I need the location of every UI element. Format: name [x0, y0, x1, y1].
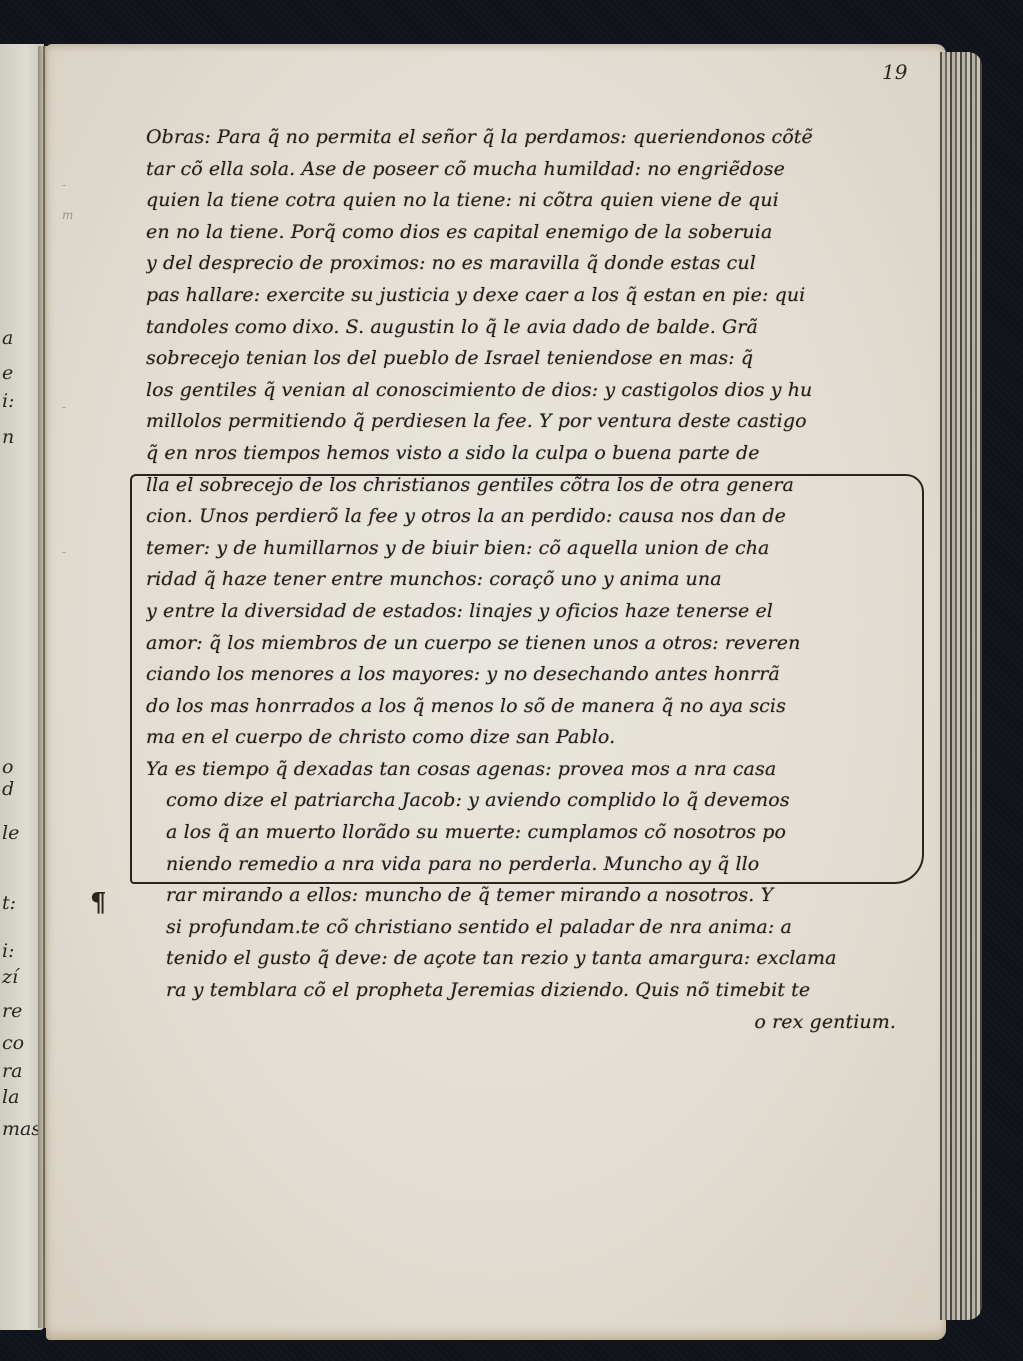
- left-page-fragment: re: [2, 1000, 22, 1022]
- left-page-fragment: o: [2, 756, 13, 778]
- text-line: Ya es tiempo q̃ dexadas tan cosas agenas…: [146, 754, 916, 786]
- text-line: ciando los menores a los mayores: y no d…: [146, 659, 916, 691]
- left-page-fragment: t:: [2, 892, 16, 914]
- text-line: tandoles como dixo. S. augustin lo q̃ le…: [146, 312, 916, 344]
- left-page-fragment: a: [2, 327, 13, 349]
- page-edges: [940, 52, 982, 1320]
- text-line: y del desprecio de proximos: no es marav…: [146, 248, 916, 280]
- text-line: si profundam.te cõ christiano sentido el…: [146, 912, 916, 944]
- text-line: tenido el gusto q̃ deve: de açote tan re…: [146, 943, 916, 975]
- left-page-fragment: mas: [2, 1118, 41, 1140]
- left-page-fragment: la: [2, 1086, 19, 1108]
- left-page-fragment: e: [2, 362, 13, 384]
- text-line: ridad q̃ haze tener entre munchos: coraç…: [146, 564, 916, 596]
- left-page-fragment: n: [2, 426, 14, 448]
- text-line: en no la tiene. Porq̃ como dios es capit…: [146, 217, 916, 249]
- paragraph-mark: ¶: [90, 888, 107, 918]
- text-line: Obras: Para q̃ no permita el señor q̃ la…: [146, 122, 916, 154]
- margin-mark: -: [62, 545, 66, 559]
- margin-mark: -: [62, 178, 66, 192]
- left-page-fragment: d: [2, 778, 14, 800]
- text-line: lla el sobrecejo de los christianos gent…: [146, 470, 916, 502]
- text-line: sobrecejo tenian los del pueblo de Israe…: [146, 343, 916, 375]
- text-line: ra y temblara cõ el propheta Jeremias di…: [146, 975, 916, 1007]
- text-line: tar cõ ella sola. Ase de poseer cõ mucha…: [146, 154, 916, 186]
- left-page-fragment: ra: [2, 1060, 22, 1082]
- left-page-fragment: zí: [2, 966, 18, 988]
- text-line: do los mas honrrados a los q̃ menos lo s…: [146, 691, 916, 723]
- text-line: q̃ en nros tiempos hemos visto a sido la…: [146, 438, 916, 470]
- margin-mark: m: [62, 208, 73, 222]
- text-line: quien la tiene cotra quien no la tiene: …: [146, 185, 916, 217]
- manuscript-text: Obras: Para q̃ no permita el señor q̃ la…: [146, 122, 916, 1038]
- text-line: cion. Unos perdierõ la fee y otros la an…: [146, 501, 916, 533]
- text-line: como dize el patriarcha Jacob: y aviendo…: [146, 785, 916, 817]
- text-line: ma en el cuerpo de christo como dize san…: [146, 722, 916, 754]
- text-line: y entre la diversidad de estados: linaje…: [146, 596, 916, 628]
- folio-number: 19: [882, 60, 907, 84]
- text-line: temer: y de humillarnos y de biuir bien:…: [146, 533, 916, 565]
- text-line: rar mirando a ellos: muncho de q̃ temer …: [146, 880, 916, 912]
- text-line: los gentiles q̃ venian al conoscimiento …: [146, 375, 916, 407]
- text-line: pas hallare: exercite su justicia y dexe…: [146, 280, 916, 312]
- text-line: amor: q̃ los miembros de un cuerpo se ti…: [146, 628, 916, 660]
- left-page-fragment: co: [2, 1032, 24, 1054]
- left-page-fragment: i:: [2, 390, 14, 412]
- text-line: o rex gentium.: [146, 1007, 916, 1039]
- margin-mark: -: [62, 400, 66, 414]
- text-line: a los q̃ an muerto llorãdo su muerte: cu…: [146, 817, 916, 849]
- left-page-fragment: le: [2, 822, 19, 844]
- text-line: niendo remedio a nra vida para no perder…: [146, 849, 916, 881]
- left-page-fragment: i:: [2, 940, 14, 962]
- text-line: millolos permitiendo q̃ perdiesen la fee…: [146, 406, 916, 438]
